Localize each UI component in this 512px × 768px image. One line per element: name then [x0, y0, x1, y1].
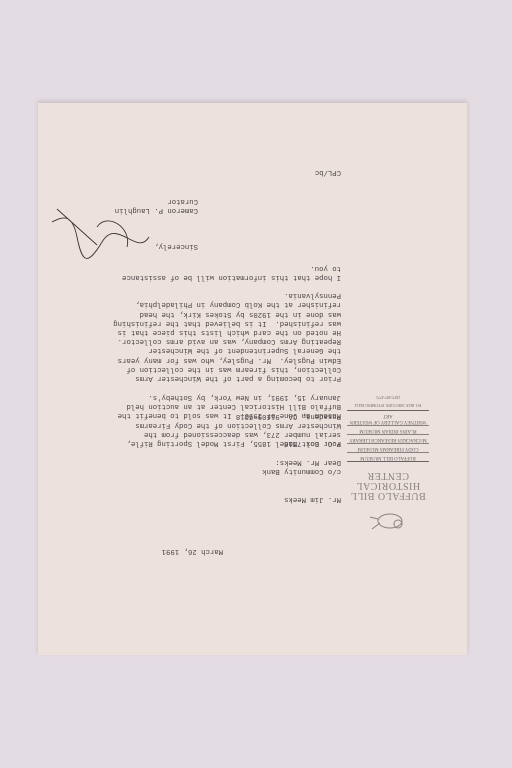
- letterhead-phone: (307) 587-4771: [347, 394, 429, 399]
- closing: Sincerely,: [154, 241, 198, 250]
- center-name-line-3: CENTER: [347, 470, 429, 480]
- museum-item: PLAINS INDIAN MUSEUM: [347, 425, 429, 434]
- museum-item: CODY FIREARMS MUSEUM: [347, 443, 429, 452]
- museum-item: WHITNEY GALLERY OF WESTERN ART: [347, 411, 429, 425]
- museum-item: McCRACKEN RESEARCH LIBRARY: [347, 434, 429, 443]
- letter-page: BUFFALO BILL HISTORICAL CENTER BUFFALO B…: [38, 103, 467, 655]
- signer-title: Curator: [167, 196, 198, 205]
- salutation: Dear Mr. Meeks:: [275, 457, 341, 466]
- typist-initials: CPL/bc: [315, 167, 341, 176]
- museum-item: BUFFALO BILL MUSEUM: [347, 452, 429, 461]
- center-name-line-1: BUFFALO BILL: [347, 490, 429, 500]
- signer-name: Cameron P. Laughlin: [115, 205, 198, 214]
- paragraph-1: Your Colt Model 1855, First Model Sporti…: [118, 392, 341, 447]
- center-name-line-2: HISTORICAL: [347, 480, 429, 490]
- buffalo-logo-icon: [368, 511, 408, 533]
- letterhead-address: P.O. BOX 1000 CODY, WYOMING 82414: [347, 402, 429, 407]
- letterhead: BUFFALO BILL HISTORICAL CENTER BUFFALO B…: [347, 394, 429, 533]
- signature: [47, 207, 157, 267]
- recipient-line: c/o Community Bank: [236, 466, 341, 475]
- museum-list: BUFFALO BILL MUSEUM CODY FIREARMS MUSEUM…: [347, 410, 429, 462]
- recipient-line: Mr. Jim Meeks: [236, 493, 341, 502]
- paragraph-2: Prior to becoming a part of the Winchest…: [113, 290, 341, 382]
- letter-date: March 26, 1991: [162, 546, 223, 555]
